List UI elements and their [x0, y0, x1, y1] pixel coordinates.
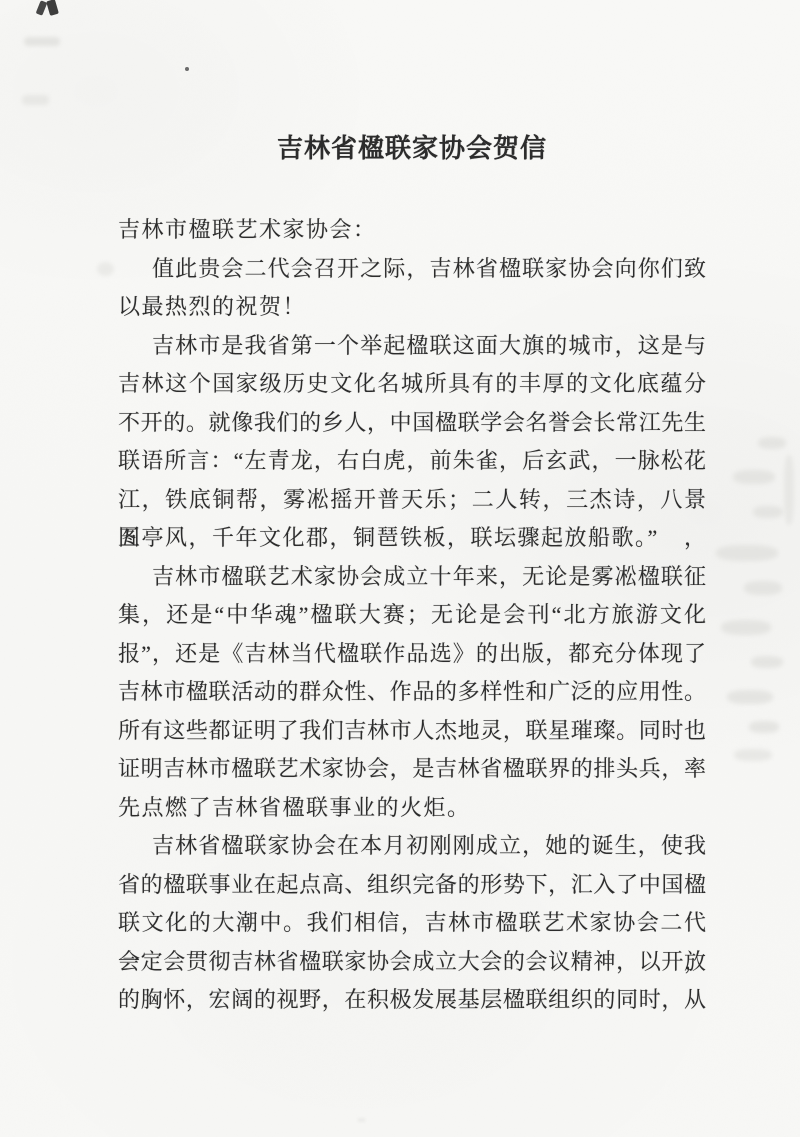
document-line: 吉林市楹联艺术家协会： — [118, 211, 706, 250]
document-line: 不开的。就像我们的乡人，中国楹联学会名誉会长常江先生 — [118, 404, 706, 443]
document-line: 江，铁底铜帮，雾凇摇开普天乐；二人转，三杰诗，八景图， — [118, 481, 706, 520]
document-line: 以最热烈的祝贺！ — [118, 288, 706, 327]
document-line: 吉林市楹联艺术家协会成立十年来，无论是雾凇楹联征 — [118, 558, 706, 597]
document-line: 的胸怀，宏阔的视野，在积极发展基层楹联组织的同时，从 — [118, 981, 706, 1020]
document-line: 一定会贯彻吉林省楹联家协会成立大会的会议精神，以开放 — [118, 943, 706, 982]
document-line: 省的楹联事业在起点高、组织完备的形势下，汇入了中国楹 — [118, 866, 706, 905]
document-line: 值此贵会二代会召开之际，吉林省楹联家协会向你们致 — [118, 250, 706, 289]
document-line: 证明吉林市楹联艺术家协会，是吉林省楹联界的排头兵，率 — [118, 750, 706, 789]
document-body: 吉林市楹联艺术家协会：值此贵会二代会召开之际，吉林省楹联家协会向你们致以最热烈的… — [118, 211, 706, 1020]
document-line: 吉林市是我省第一个举起楹联这面大旗的城市，这是与 — [118, 327, 706, 366]
document-line: 集，还是“中华魂”楹联大赛；无论是会刊“北方旅游文化 — [118, 596, 706, 635]
letter-title: 吉林省楹联家协会贺信 — [118, 133, 706, 165]
document-line: 报”，还是《吉林当代楹联作品选》的出版，都充分体现了 — [118, 635, 706, 674]
document-line: 吉林这个国家级历史文化名城所具有的丰厚的文化底蕴分 — [118, 365, 706, 404]
scanned-letter-page: 吉林省楹联家协会贺信 吉林市楹联艺术家协会：值此贵会二代会召开之际，吉林省楹联家… — [0, 0, 800, 1137]
document-line: 联语所言：“左青龙，右白虎，前朱雀，后玄武，一脉松花 — [118, 442, 706, 481]
document-line: 吉林市楹联活动的群众性、作品的多样性和广泛的应用性。 — [118, 673, 706, 712]
document-line: 先点燃了吉林省楹联事业的火炬。 — [118, 789, 706, 828]
document-line: 吉林省楹联家协会在本月初刚刚成立，她的诞生，使我 — [118, 827, 706, 866]
document-line: 联文化的大潮中。我们相信，吉林市楹联艺术家协会二代会， — [118, 904, 706, 943]
document-line: 所有这些都证明了我们吉林市人杰地灵，联星璀璨。同时也 — [118, 712, 706, 751]
document-line: 五亭风，千年文化郡，铜琶铁板，联坛骤起放船歌。” — [118, 519, 706, 558]
